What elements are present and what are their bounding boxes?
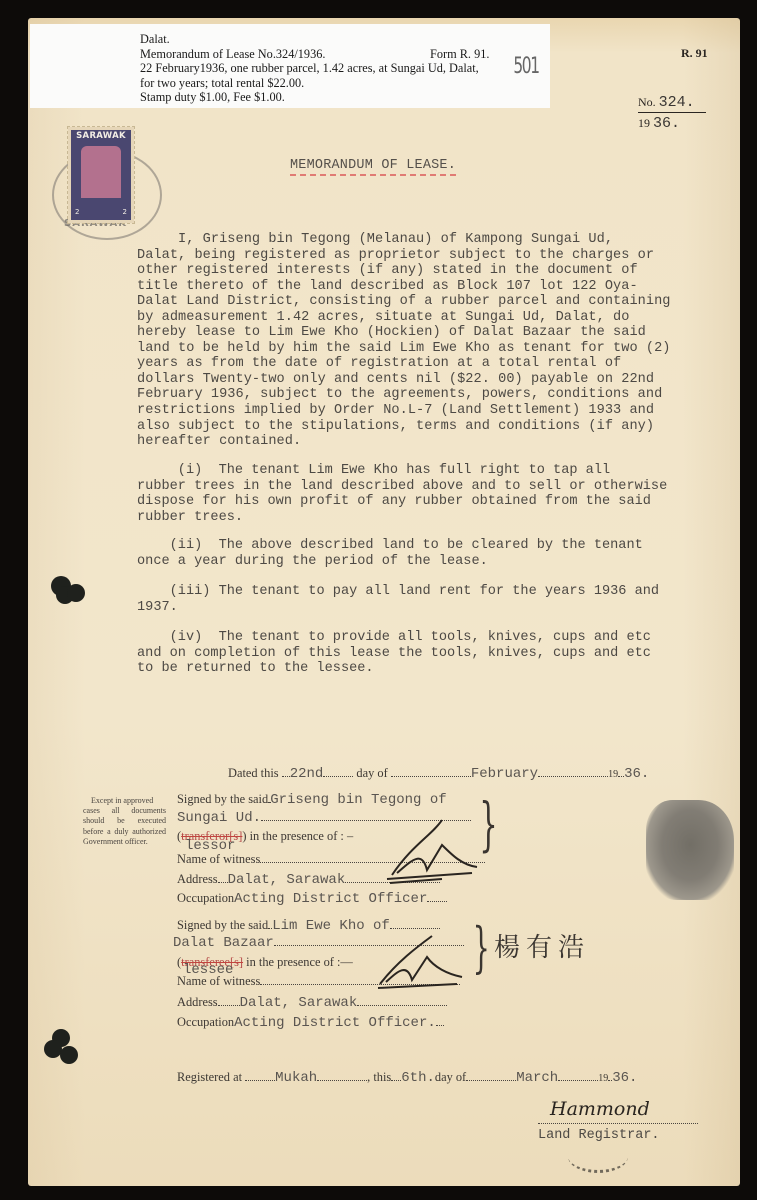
clause-line: rubber trees. — [137, 510, 727, 526]
clause-line: dispose for his own profit of any rubber… — [137, 494, 727, 510]
label-line: Dalat. — [140, 32, 479, 47]
lessor-name: Griseng bin Tegong of — [270, 792, 446, 808]
document-title: MEMORANDUM OF LEASE. — [290, 158, 456, 176]
label-line: Memorandum of Lease No.324/1936. — [140, 47, 479, 62]
body-line: land to be held by him the said Lim Ewe … — [137, 341, 727, 357]
this-label: , this — [367, 1070, 391, 1084]
registered-day: 6th. — [401, 1070, 435, 1086]
pencil-number: 501 — [513, 54, 538, 79]
registered-year-prefix: 19 — [598, 1073, 608, 1084]
registrar-seal — [568, 1140, 628, 1173]
margin-note-first: Except in approved — [83, 796, 166, 806]
body-line: I, Griseng bin Tegong (Melanau) of Kampo… — [137, 232, 727, 248]
margin-note-rest: cases all documents should be executed b… — [83, 806, 166, 846]
occupation-label: Occupation — [177, 891, 234, 905]
clause-i: (i) The tenant Lim Ewe Kho has full righ… — [137, 463, 727, 525]
lessee-occupation: Acting District Officer. — [234, 1015, 436, 1031]
chinese-signature: 楊有浩 — [494, 927, 590, 964]
lessee-address-line: AddressDalat, Sarawak — [177, 995, 447, 1011]
day-of-label: day of — [435, 1070, 466, 1084]
stamp-value-left: 2 — [75, 208, 79, 216]
year-value: 36. — [653, 115, 680, 132]
punch-hole — [60, 1046, 78, 1064]
label-line: Stamp duty $1.00, Fee $1.00. — [140, 90, 479, 105]
lessor-occupation: Acting District Officer — [234, 891, 427, 907]
thumbprint — [646, 800, 734, 900]
label-form-ref: Form R. 91. — [430, 47, 489, 62]
body-line: other registered interests (if any) stat… — [137, 263, 727, 279]
body-line: years as from the date of registration a… — [137, 356, 727, 372]
registered-year: 36. — [612, 1070, 637, 1086]
registered-place: Mukah — [275, 1070, 317, 1086]
dated-line: Dated this 22nd day of February1936. — [228, 766, 649, 782]
lessee-occupation-line: OccupationActing District Officer. — [177, 1015, 444, 1031]
lease-body: I, Griseng bin Tegong (Melanau) of Kampo… — [137, 232, 727, 450]
number-label: No. — [638, 95, 656, 109]
lessee-place: Dalat Bazaar — [173, 935, 274, 951]
signed-label: Signed by the said — [177, 918, 268, 932]
stamp-value-right: 2 — [123, 208, 127, 216]
postage-stamp: SARAWAK 2 2 — [68, 127, 134, 223]
dated-day: 22nd — [290, 766, 324, 782]
presence-label: ) in the presence of : – — [242, 829, 353, 843]
lessor-signed-line: Signed by the saidGriseng bin Tegong of — [177, 792, 447, 808]
label-card-text: Dalat. Memorandum of Lease No.324/1936. … — [140, 32, 479, 105]
clause-line: 1937. — [137, 600, 727, 616]
label-line: for two years; total rental $22.00. — [140, 76, 479, 91]
clause-line: and on completion of this lease the tool… — [137, 646, 727, 662]
lessee-brace: } — [473, 916, 490, 979]
label-line: 22 February1936, one rubber parcel, 1.42… — [140, 61, 479, 76]
dated-year: 36. — [624, 766, 649, 782]
stamp-portrait — [81, 146, 121, 198]
lessor-place: Sungai Ud. — [177, 810, 261, 826]
body-line: hereby lease to Lim Ewe Kho (Hockien) of… — [137, 325, 727, 341]
day-of-label: day of — [356, 766, 387, 780]
body-line: Dalat, being registered as proprietor su… — [137, 248, 727, 264]
address-label: Address — [177, 872, 218, 886]
number-rule — [638, 112, 706, 113]
witness-signature-2 — [372, 932, 472, 992]
clause-line: once a year during the period of the lea… — [137, 554, 727, 570]
punch-hole — [67, 584, 85, 602]
body-line: Dalat Land District, consisting of a rub… — [137, 294, 727, 310]
body-line: hereafter contained. — [137, 434, 727, 450]
document-number: No. 324. 19 36. — [638, 94, 706, 132]
number-value: 324. — [659, 94, 695, 111]
lessor-occupation-line: OccupationActing District Officer — [177, 891, 447, 907]
registrar-signature-line — [538, 1123, 698, 1124]
registered-month: March — [516, 1070, 558, 1086]
occupation-label: Occupation — [177, 1015, 234, 1029]
clause-ii: (ii) The above described land to be clea… — [137, 538, 727, 569]
clause-line: (iv) The tenant to provide all tools, kn… — [137, 630, 727, 646]
stamp-country: SARAWAK — [71, 131, 131, 141]
year-prefix: 19 — [638, 116, 650, 130]
body-line: by admeasurement 1.42 acres, situate at … — [137, 310, 727, 326]
address-label: Address — [177, 995, 218, 1009]
archival-label-card: Dalat. Memorandum of Lease No.324/1936. … — [30, 24, 550, 108]
clause-iv: (iv) The tenant to provide all tools, kn… — [137, 630, 727, 677]
witness-label: Name of witness — [177, 974, 260, 988]
body-line: also subject to the stipulations, terms … — [137, 419, 727, 435]
body-line: dollars Twenty-two only and cents nil ($… — [137, 372, 727, 388]
dated-year-prefix: 19 — [608, 769, 618, 780]
clause-line: (i) The tenant Lim Ewe Kho has full righ… — [137, 463, 727, 479]
margin-note: Except in approved cases all documents s… — [83, 796, 166, 847]
witness-signature-1 — [382, 815, 482, 885]
clause-line: (iii) The tenant to pay all land rent fo… — [137, 584, 727, 600]
clause-line: to be returned to the lessee. — [137, 661, 727, 677]
lessor-address: Dalat, Sarawak — [228, 872, 346, 888]
witness-label: Name of witness — [177, 852, 260, 866]
registration-line: Registered at Mukah, this6th.day ofMarch… — [177, 1070, 637, 1086]
registered-label: Registered at — [177, 1070, 242, 1084]
body-line: title thereto of the land described as B… — [137, 279, 727, 295]
clause-line: rubber trees in the land described above… — [137, 479, 727, 495]
signed-label: Signed by the said — [177, 792, 268, 806]
dated-month: February — [471, 766, 538, 782]
clause-iii: (iii) The tenant to pay all land rent fo… — [137, 584, 727, 615]
registrar-signature: Hammond — [550, 1098, 650, 1120]
lessee-address: Dalat, Sarawak — [240, 995, 358, 1011]
body-line: February 1936, subject to the agreements… — [137, 387, 727, 403]
form-code: R. 91 — [681, 46, 708, 61]
clause-line: (ii) The above described land to be clea… — [137, 538, 727, 554]
dated-label: Dated this — [228, 766, 279, 780]
presence-label: in the presence of :— — [243, 955, 353, 969]
body-line: restrictions implied by Order No.L-7 (La… — [137, 403, 727, 419]
